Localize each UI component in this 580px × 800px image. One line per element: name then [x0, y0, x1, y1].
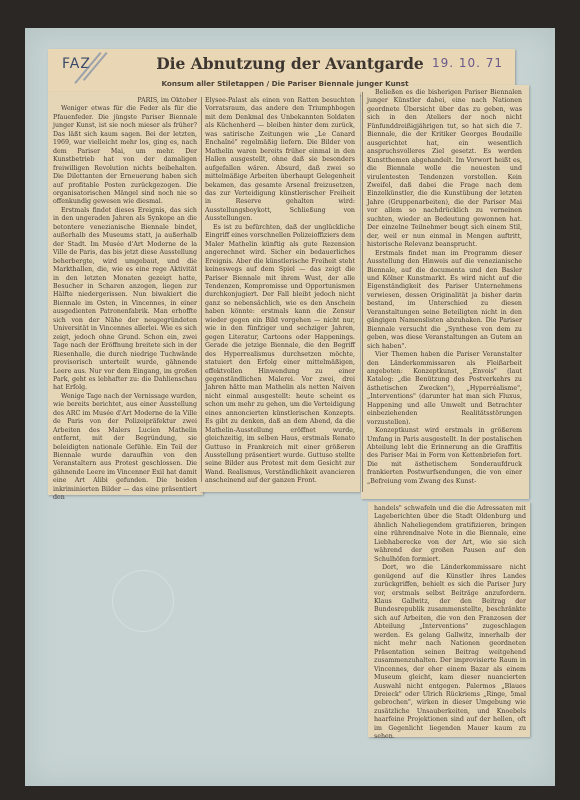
column-rule: [362, 92, 363, 492]
article-headline: Die Abnutzung der Avantgarde: [140, 54, 440, 73]
paragraph: Weniger etwas für die Feder als für die …: [53, 105, 197, 206]
paragraph: Elysee-Palast als einen von Ratten besuc…: [205, 97, 355, 224]
paragraph: Beließen es die bisherigen Pariser Bienn…: [367, 89, 522, 250]
paragraph: Vier Themen haben die Pariser Veranstalt…: [367, 351, 522, 427]
article-column-continuation: handels" schwafeln und die die Adressate…: [374, 505, 526, 742]
paragraph: Wenige Tage nach der Vernissage wurden, …: [53, 393, 197, 503]
paragraph: Konzeptkunst wird erstmals in größerem U…: [367, 427, 522, 486]
article-column-right: Beließen es die bisherigen Pariser Bienn…: [367, 89, 522, 486]
article-column-left: PARIS, im Oktober Weniger etwas für die …: [53, 97, 197, 503]
article-column-middle: Elysee-Palast als einen von Ratten besuc…: [205, 97, 355, 486]
article-dateline: PARIS, im Oktober: [53, 97, 197, 105]
paragraph: Dort, wo die Länderkommissare nicht genü…: [374, 564, 526, 742]
article-subheadline: Konsum aller Stiletappen / Die Pariser B…: [100, 79, 470, 88]
paragraph: Erstmals findet man im Programm dieser A…: [367, 250, 522, 351]
paragraph: handels" schwafeln und die die Adressate…: [374, 505, 526, 564]
paragraph: Es ist zu befürchten, daß der unglücklic…: [205, 224, 355, 486]
paragraph: Erstmals findet dieses Ereignis, das sic…: [53, 207, 197, 393]
paper-smudge: [112, 570, 174, 632]
handwritten-date-note: 19. 10. 71: [432, 56, 503, 70]
column-rule: [201, 97, 202, 482]
